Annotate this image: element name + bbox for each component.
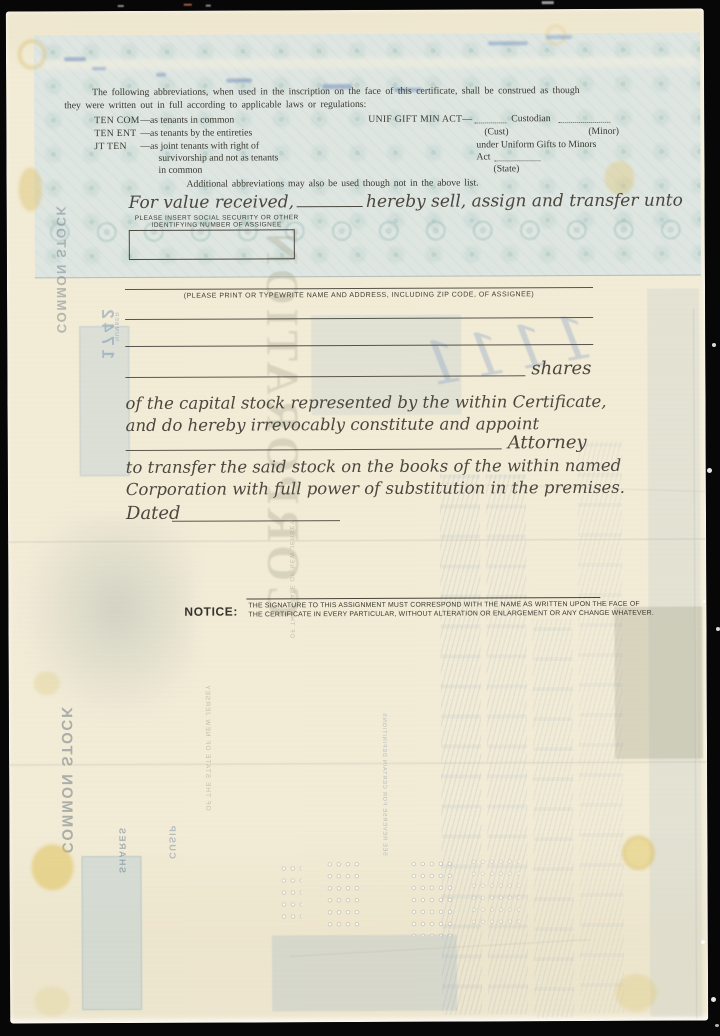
ghost-shares-label: SHARES bbox=[117, 826, 127, 873]
abbrev-intro-line2: they were written out in full according … bbox=[64, 99, 366, 111]
scan-speck bbox=[703, 600, 706, 603]
paper-fold-highlight bbox=[36, 57, 696, 70]
ghost-script-column bbox=[578, 441, 624, 1013]
abbrev-ten-com-term: TEN COM bbox=[94, 115, 139, 126]
ghost-shares-box bbox=[81, 856, 142, 1010]
stain-ring-topleft bbox=[18, 39, 46, 69]
dotted-leader bbox=[494, 151, 540, 161]
body-line1: of the capital stock represented by the … bbox=[125, 392, 606, 413]
ink-smudge bbox=[92, 67, 106, 70]
scan-artifact bbox=[118, 5, 124, 7]
ghost-state-line-1: OF THE STATE OF NEW JERSEY bbox=[288, 520, 295, 639]
scan-speck bbox=[701, 940, 705, 944]
ghost-right-block bbox=[614, 606, 703, 758]
lead-script-text: For value received, bbox=[129, 192, 294, 213]
ghost-script-column bbox=[532, 619, 574, 1017]
abbrev-under-line: under Uniform Gifts to Minors bbox=[476, 139, 596, 151]
dotted-leader bbox=[558, 113, 610, 123]
assignee-caption: (PLEASE PRINT OR TYPEWRITE NAME AND ADDR… bbox=[125, 291, 593, 300]
body-line3: to transfer the said stock on the books … bbox=[126, 456, 622, 477]
stain-left-edge bbox=[18, 167, 42, 211]
punch-hole-cluster bbox=[328, 862, 362, 934]
notice-top-rule bbox=[246, 597, 600, 600]
abbrev-ten-com-def: —as tenants in common bbox=[140, 115, 234, 126]
abbrev-footer: Additional abbreviations may also be use… bbox=[187, 177, 479, 189]
certificate-back-paper: NUMBER 1742 COMMON STOCK 1111 CORPORATIO… bbox=[6, 8, 708, 1023]
stain-right-upper bbox=[604, 161, 634, 195]
scan-speck bbox=[715, 1024, 719, 1027]
ink-smudge bbox=[546, 35, 572, 39]
attorney-blank-line bbox=[126, 448, 502, 451]
dotted-leader bbox=[474, 113, 506, 123]
ghost-state-line-2: OF THE STATE OF NEW JERSEY bbox=[204, 684, 212, 810]
ink-smudge bbox=[156, 73, 166, 77]
ghost-bottom-block bbox=[272, 935, 457, 1012]
scan-artifact bbox=[184, 4, 192, 6]
abbrev-ten-ent-term: TEN ENT bbox=[94, 128, 136, 139]
abbrev-jt-ten-def3: in common bbox=[158, 165, 202, 176]
stain-left-big bbox=[31, 844, 73, 890]
punch-hole-cluster bbox=[471, 859, 519, 927]
ghost-cusip-label: CUSIP bbox=[167, 824, 177, 859]
stain-bottom-right bbox=[615, 974, 657, 1012]
ghost-see-reverse: SEE REVERSE FOR CERTAIN DEFINITIONS bbox=[381, 712, 388, 855]
abbrev-jt-ten-def2: survivorship and not as tenants bbox=[158, 152, 278, 164]
lead-script-text2: hereby sell, assign and transfer unto bbox=[366, 191, 683, 212]
scan-speck bbox=[712, 343, 716, 347]
dated-blank-line bbox=[172, 520, 340, 522]
abbrev-minor: (Minor) bbox=[588, 126, 619, 137]
scan-speck bbox=[707, 468, 712, 473]
stain-right-ring bbox=[622, 836, 654, 870]
stain-bottom-left bbox=[34, 986, 70, 1016]
ghost-common-stock-top: COMMON STOCK bbox=[54, 205, 70, 334]
ghost-common-stock-bottom: COMMON STOCK bbox=[58, 705, 76, 853]
ink-smudge bbox=[488, 41, 528, 45]
value-received-blank bbox=[297, 193, 363, 207]
abbrev-jt-ten-term: JT TEN bbox=[94, 141, 126, 152]
ssn-instruction-line2: IDENTIFYING NUMBER OF ASSIGNEE bbox=[127, 221, 307, 229]
shares-label: shares bbox=[531, 358, 591, 379]
abbrev-cust: (Cust) bbox=[484, 126, 508, 137]
scan-artifact bbox=[542, 1, 554, 4]
abbrev-act: Act bbox=[476, 151, 490, 162]
scan-speck bbox=[716, 627, 720, 631]
ink-smudge bbox=[64, 57, 86, 61]
assignee-line bbox=[125, 287, 593, 290]
ink-smudge bbox=[226, 78, 252, 82]
ghost-script-column bbox=[486, 474, 528, 1014]
stain-left-mid bbox=[34, 671, 60, 695]
abbrev-state: (State) bbox=[493, 163, 519, 174]
scan-artifact bbox=[206, 5, 211, 7]
abbrev-custodian: Custodian bbox=[511, 113, 550, 124]
notice-text-line1: THE SIGNATURE TO THIS ASSIGNMENT MUST CO… bbox=[248, 601, 608, 610]
ssn-entry-box bbox=[129, 229, 295, 260]
body-line4: Corporation with full power of substitut… bbox=[126, 478, 625, 499]
abbrev-jt-ten-def1: —as joint tenants with right of bbox=[140, 140, 259, 152]
body-line2: and do hereby irrevocably constitute and… bbox=[126, 414, 540, 435]
abbrev-ten-ent-def: —as tenants by the entireties bbox=[140, 127, 252, 138]
scan-speck bbox=[711, 997, 716, 1002]
punch-hole-cluster bbox=[412, 862, 456, 936]
abbrev-unif-label: UNIF GIFT MIN ACT— bbox=[368, 113, 472, 124]
notice-text-line2: THE CERTIFICATE IN EVERY PARTICULAR, WIT… bbox=[248, 610, 608, 619]
abbrev-intro-line1: The following abbreviations, when used i… bbox=[92, 85, 579, 98]
assignment-lead-line: For value received,hereby sell, assign a… bbox=[129, 191, 683, 213]
punch-hole-cluster bbox=[282, 866, 302, 926]
ghost-certificate-number: 1742 bbox=[97, 305, 117, 359]
attorney-label: Attorney bbox=[508, 432, 587, 453]
notice-label: NOTICE: bbox=[184, 605, 238, 619]
